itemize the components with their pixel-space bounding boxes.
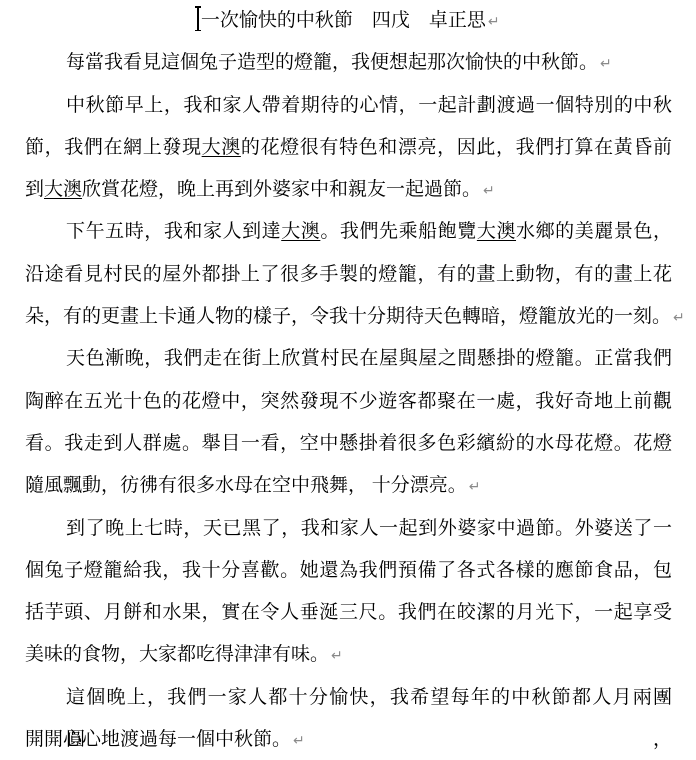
text-line[interactable]: 下午五時，我和家人到達大澳。我們先乘船飽覽大澳水鄉的美麗景色，	[25, 211, 672, 253]
text-line[interactable]: 朵，有的更畫上卡通人物的樣子，令我十分期待天色轉暗，燈籠放光的一刻。↵	[25, 296, 672, 338]
text-run: 天色漸晚，我們走在街上欣賞村民在屋與屋之間懸掛的燈籠。正當我們	[66, 348, 672, 369]
underlined-text: 大澳	[281, 221, 320, 242]
text-run: 開開心心地渡過每一個中秋節。	[25, 729, 291, 750]
underlined-text: 大澳	[477, 221, 516, 242]
text-run: 到了晚上七時，天已黑了，我和家人一起到外婆家中過節。外婆送了一	[66, 518, 672, 539]
text-run: 中秋節早上，我和家人帶着期待的心情，一起計劃渡過一個特別的中秋	[66, 95, 672, 116]
text-line[interactable]: 到了晚上七時，天已黑了，我和家人一起到外婆家中過節。外婆送了一	[25, 508, 672, 550]
text-run: 個兔子燈籠給我，我十分喜歡。她還為我們預備了各式各樣的應節食品，包	[25, 560, 672, 581]
text-run: 。我們先乘船飽覽	[320, 221, 477, 242]
text-line[interactable]: 括芋頭、月餅和水果，實在令人垂涎三尺。我們在皎潔的月光下，一起享受	[25, 592, 672, 634]
text-run: 美味的食物，大家都吃得津津有味。	[25, 644, 329, 665]
paragraph-mark-icon: ↵	[469, 479, 481, 495]
text-run: 節，我們在網上發現	[25, 137, 202, 158]
document-text-area: 一次愉快的中秋節 四戊 卓正思↵每當我看見這個兔子造型的燈籠，我便想起那次愉快的…	[25, 0, 672, 760]
text-run: 下午五時，我和家人到達	[66, 221, 281, 242]
underlined-text: 大澳	[44, 179, 82, 200]
text-line[interactable]: 這個晚上，我們一家人都十分愉快，我希望每年的中秋節都人月兩團圓，	[25, 677, 672, 719]
underlined-text: 大澳	[202, 137, 241, 158]
text-line[interactable]: 看。我走到人群處。舉目一看，空中懸掛着很多色彩繽紛的水母花燈。花燈	[25, 423, 672, 465]
paragraph-mark-icon: ↵	[600, 56, 612, 72]
text-run: 到	[25, 179, 44, 200]
text-line[interactable]: 每當我看見這個兔子造型的燈籠，我便想起那次愉快的中秋節。↵	[25, 42, 672, 84]
text-run: 的花燈很有特色和漂亮，因此，我們打算在黃昏前	[241, 137, 672, 158]
text-run: 陶醉在五光十色的花燈中，突然發現不少遊客都聚在一處，我好奇地上前觀	[25, 391, 672, 412]
text-line[interactable]: 美味的食物，大家都吃得津津有味。↵	[25, 634, 672, 676]
text-run: 括芋頭、月餅和水果，實在令人垂涎三尺。我們在皎潔的月光下，一起享受	[25, 602, 672, 623]
text-run: 看。我走到人群處。舉目一看，空中懸掛着很多色彩繽紛的水母花燈。花燈	[25, 433, 672, 454]
text-line[interactable]: 天色漸晚，我們走在街上欣賞村民在屋與屋之間懸掛的燈籠。正當我們	[25, 338, 672, 380]
text-line[interactable]: 個兔子燈籠給我，我十分喜歡。她還為我們預備了各式各樣的應節食品，包	[25, 550, 672, 592]
text-run: 沿途看見村民的屋外都掛上了很多手製的燈籠，有的畫上動物，有的畫上花	[25, 264, 672, 285]
document-title-line[interactable]: 一次愉快的中秋節 四戊 卓正思↵	[25, 0, 672, 42]
paragraph-mark-icon: ↵	[673, 310, 685, 326]
text-line[interactable]: 陶醉在五光十色的花燈中，突然發現不少遊客都聚在一處，我好奇地上前觀	[25, 381, 672, 423]
text-line[interactable]: 沿途看見村民的屋外都掛上了很多手製的燈籠，有的畫上動物，有的畫上花	[25, 254, 672, 296]
text-run: 水鄉的美麗景色，	[516, 221, 672, 242]
text-run: 朵，有的更畫上卡通人物的樣子，令我十分期待天色轉暗，燈籠放光的一刻。	[25, 306, 671, 327]
paragraph-mark-icon: ↵	[483, 183, 495, 199]
text-run: 每當我看見這個兔子造型的燈籠，我便想起那次愉快的中秋節。	[66, 52, 598, 73]
text-line[interactable]: 隨風飄動，彷彿有很多水母在空中飛舞， 十分漂亮。↵	[25, 465, 672, 507]
paragraph-mark-icon: ↵	[488, 14, 500, 30]
text-line[interactable]: 節，我們在網上發現大澳的花燈很有特色和漂亮，因此，我們打算在黃昏前	[25, 127, 672, 169]
paragraph-mark-icon: ↵	[331, 648, 343, 664]
paragraph-mark-icon: ↵	[293, 733, 305, 749]
text-run: 欣賞花燈，晚上再到外婆家中和親友一起過節。	[82, 179, 481, 200]
text-run: 一次愉快的中秋節 四戊 卓正思	[201, 10, 486, 31]
document-page[interactable]: 一次愉快的中秋節 四戊 卓正思↵每當我看見這個兔子造型的燈籠，我便想起那次愉快的…	[0, 0, 696, 760]
text-cursor	[197, 6, 199, 31]
text-line[interactable]: 到大澳欣賞花燈，晚上再到外婆家中和親友一起過節。↵	[25, 169, 672, 211]
text-line[interactable]: 中秋節早上，我和家人帶着期待的心情，一起計劃渡過一個特別的中秋	[25, 85, 672, 127]
text-run: 隨風飄動，彷彿有很多水母在空中飛舞， 十分漂亮。	[25, 475, 467, 496]
